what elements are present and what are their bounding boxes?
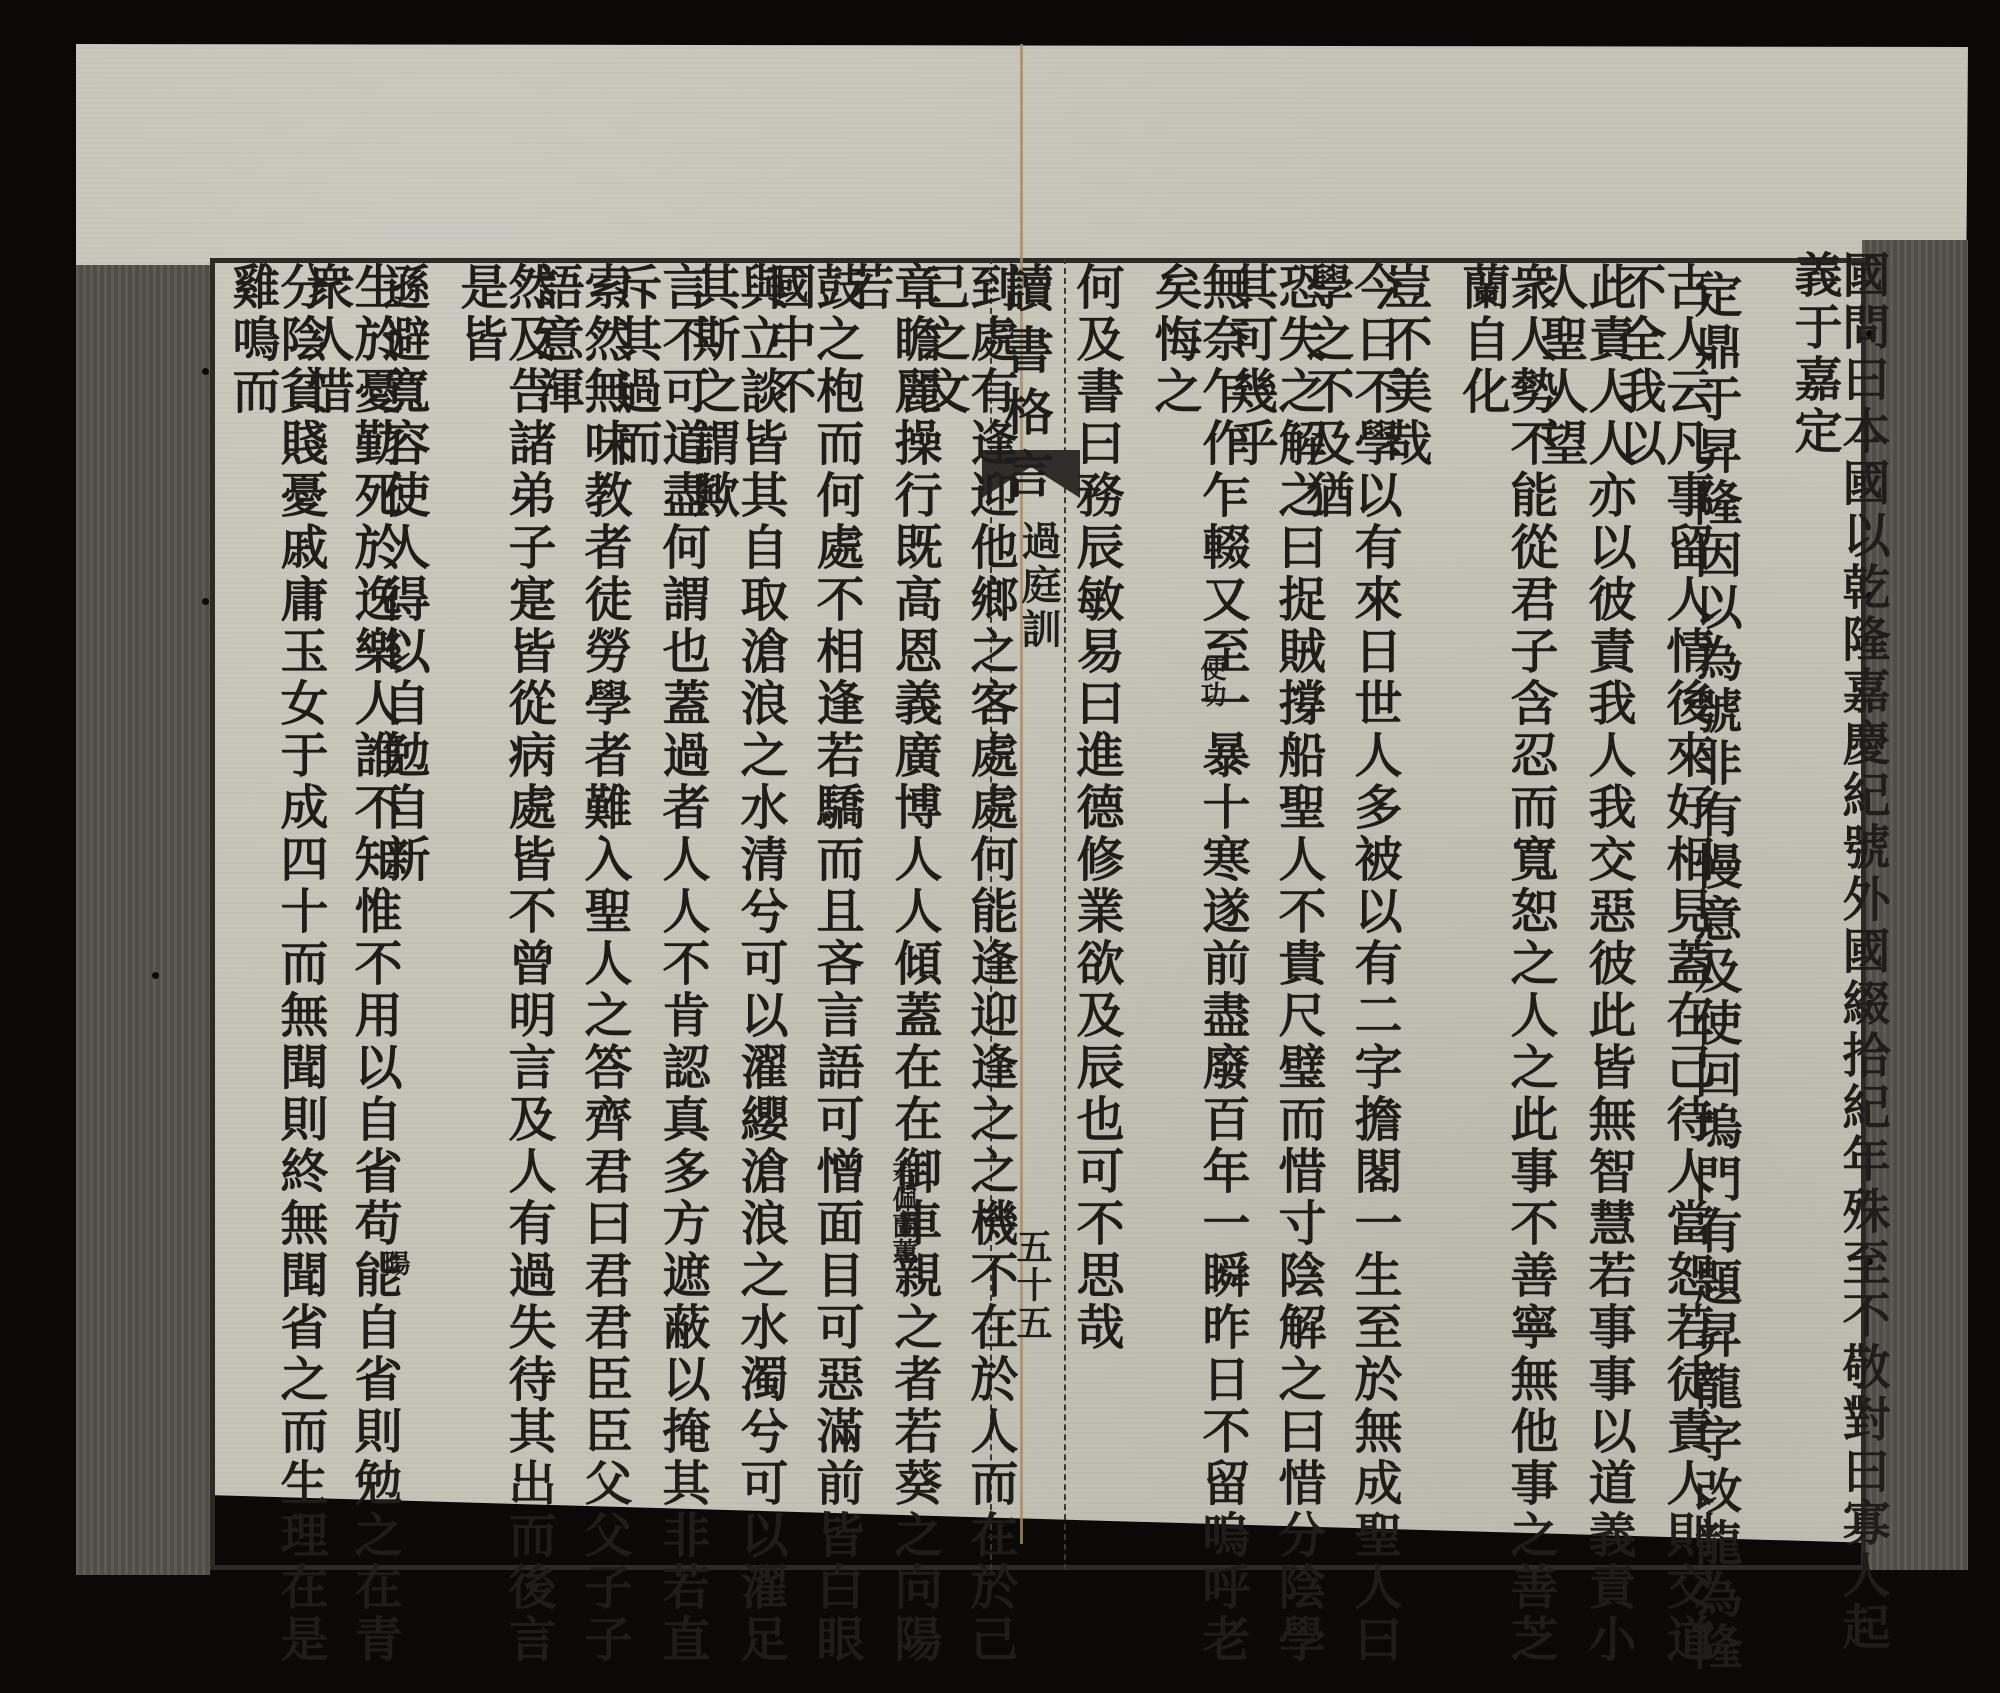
text-column-r9: 無奈乍作乍輟又至一暴十寒遂前盡廢百年一瞬昨日不留嗚呼老矣悔之 xyxy=(1150,262,1246,1693)
text-column-r10: 何及書曰務辰敏易曰進德修業欲及辰也可不思哉 xyxy=(1072,262,1120,1354)
text-column-r5: 衆人勢不能從君子含忍而寬恕之人之此事不善寧無他事之善芝蘭自化 xyxy=(1458,262,1554,1693)
text-column-l10: 分陰貧賤憂戚庸玉女于成四十而無聞則終無聞省之而生理在是雞鳴而 xyxy=(228,262,324,1693)
binding-hole xyxy=(202,368,209,375)
page-number: 五十五 xyxy=(1014,1228,1050,1342)
binding-hole xyxy=(202,598,209,605)
text-column-r1: 國問曰本國以乾隆嘉慶紀號外國綴拾紀年殊至不敬對曰寡人起義于嘉定 xyxy=(1790,250,1886,1693)
text-column-l7: 然及告諸弟子寔皆從病處皆不曾明言及人有過失待其出而後言是皆 xyxy=(456,262,552,1693)
interlinear-note: 若佩蘭蕙 xyxy=(890,1160,916,1264)
banxin-chapter-title: 過庭訓 xyxy=(1018,520,1058,652)
interlinear-note: 陽 xyxy=(382,1250,408,1276)
left-ink-margin xyxy=(76,265,210,1575)
interlinear-note: 使功 xyxy=(1198,655,1224,707)
binding-hole xyxy=(152,972,159,979)
